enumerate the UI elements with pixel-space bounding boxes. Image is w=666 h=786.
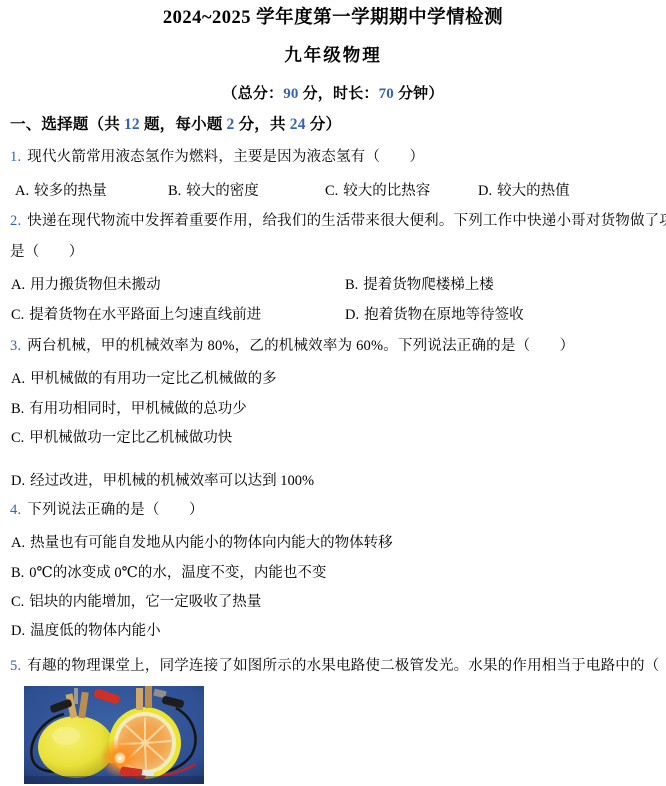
page-subtitle: 九年级物理 (0, 45, 666, 65)
question-2-text: 快递在现代物流中发挥着重要作用，给我们的生活带来很大便利。下列工作中快递小哥对货… (27, 213, 666, 229)
question-3-option-c: C.甲机械做功一定比乙机械做功快 (11, 426, 232, 447)
option-text: 经过改进，甲机械的机械效率可以达到 100% (30, 473, 314, 489)
section-text: 分） (306, 116, 341, 133)
option-text: 较大的比热容 (343, 183, 430, 199)
exam-paper-page: 2024~2025 学年度第一学期期中学情检测 九年级物理 （总分：90 分，时… (0, 0, 666, 786)
fruit-battery-illustration (24, 686, 204, 784)
option-label: A. (15, 183, 29, 199)
section-text: 一、选择题（共 (10, 116, 124, 133)
question-2-option-c: C.提着货物在水平路面上匀速直线前进 (11, 303, 261, 324)
question-count-value: 12 (124, 116, 140, 133)
question-3-option-a: A.甲机械做的有用功一定比乙机械做的多 (11, 367, 277, 388)
question-4-option-c: C.铝块的内能增加，它一定吸收了热量 (11, 590, 261, 611)
option-text: 用力搬货物但未搬动 (30, 277, 161, 293)
option-text: 甲机械做的有用功一定比乙机械做的多 (30, 371, 277, 387)
question-2-option-b: B.提着货物爬楼梯上楼 (345, 273, 494, 294)
option-label: C. (325, 183, 338, 199)
option-text: 提着货物爬楼梯上楼 (363, 277, 494, 293)
question-3: 3.两台机械，甲的机械效率为 80%，乙的机械效率为 60%。下列说法正确的是（… (10, 336, 574, 356)
question-4-text: 下列说法正确的是（ ） (27, 502, 203, 518)
question-5-number: 5. (10, 658, 21, 674)
option-text: 温度低的物体内能小 (30, 623, 161, 639)
question-1-option-c: C.较大的比热容 (325, 179, 430, 200)
question-3-text: 两台机械，甲的机械效率为 80%，乙的机械效率为 60%。下列说法正确的是（ ） (27, 338, 574, 354)
question-1-option-d: D.较大的热值 (478, 179, 570, 200)
question-2-option-a: A.用力搬货物但未搬动 (11, 273, 161, 294)
option-label: B. (168, 183, 181, 199)
meta-text: 分钟） (394, 86, 444, 102)
question-4-option-a: A.热量也有可能自发地从内能小的物体向内能大的物体转移 (11, 531, 393, 552)
page-title: 2024~2025 学年度第一学期期中学情检测 (0, 8, 666, 28)
question-1-option-a: A.较多的热量 (15, 179, 107, 200)
option-text: 铝块的内能增加，它一定吸收了热量 (29, 594, 261, 610)
question-2-number: 2. (10, 213, 21, 229)
option-label: D. (11, 623, 25, 639)
option-label: B. (11, 401, 24, 417)
option-label: D. (478, 183, 492, 199)
option-text: 有用功相同时，甲机械做的总功少 (29, 401, 247, 417)
question-4-option-b: B.0℃的冰变成 0℃的水，温度不变，内能也不变 (11, 561, 326, 582)
meta-text: 分，时长： (299, 86, 379, 102)
question-4-number: 4. (10, 502, 21, 518)
option-text: 较大的热值 (497, 183, 570, 199)
option-text: 较大的密度 (186, 183, 259, 199)
option-label: B. (345, 277, 358, 293)
option-label: A. (11, 535, 25, 551)
option-text: 抱着货物在原地等待签收 (364, 307, 524, 323)
question-2: 2.快递在现代物流中发挥着重要作用，给我们的生活带来很大便利。下列工作中快递小哥… (10, 211, 666, 231)
option-text: 甲机械做功一定比乙机械做功快 (29, 430, 232, 446)
section-text: 分，共 (235, 116, 290, 133)
meta-text: （总分： (222, 86, 283, 102)
option-text: 热量也有可能自发地从内能小的物体向内能大的物体转移 (30, 535, 393, 551)
option-label: A. (11, 371, 25, 387)
question-1: 1.现代火箭常用液态氢作为燃料，主要是因为液态氢有（ ） (10, 147, 424, 167)
option-label: B. (11, 565, 24, 581)
option-label: C. (11, 594, 24, 610)
total-score-value: 90 (283, 86, 298, 102)
question-3-option-b: B.有用功相同时，甲机械做的总功少 (11, 397, 247, 418)
option-text: 较多的热量 (34, 183, 107, 199)
fruit-battery-photo (24, 686, 204, 784)
question-3-number: 3. (10, 338, 21, 354)
question-5: 5.有趣的物理课堂上，同学连接了如图所示的水果电路使二极管发光。水果的作用相当于… (10, 656, 666, 676)
option-label: D. (11, 473, 25, 489)
question-1-number: 1. (10, 149, 21, 165)
option-text: 0℃的冰变成 0℃的水，温度不变，内能也不变 (29, 565, 326, 581)
question-1-text: 现代火箭常用液态氢作为燃料，主要是因为液态氢有（ ） (27, 149, 424, 165)
question-3-option-d: D.经过改进，甲机械的机械效率可以达到 100% (11, 469, 314, 490)
question-1-option-b: B.较大的密度 (168, 179, 259, 200)
option-label: C. (11, 430, 24, 446)
exam-meta: （总分：90 分，时长：70 分钟） (0, 84, 666, 104)
question-4: 4.下列说法正确的是（ ） (10, 500, 204, 520)
option-label: D. (345, 307, 359, 323)
question-2-text-line2: 是（ ） (10, 242, 84, 262)
points-each-value: 2 (227, 116, 235, 133)
option-label: C. (11, 307, 24, 323)
duration-value: 70 (379, 86, 394, 102)
total-points-value: 24 (290, 116, 306, 133)
question-5-text: 有趣的物理课堂上，同学连接了如图所示的水果电路使二极管发光。水果的作用相当于电路… (27, 658, 666, 674)
section-heading: 一、选择题（共 12 题，每小题 2 分，共 24 分） (10, 115, 341, 135)
question-2-option-d: D.抱着货物在原地等待签收 (345, 303, 524, 324)
option-label: A. (11, 277, 25, 293)
option-text: 提着货物在水平路面上匀速直线前进 (29, 307, 261, 323)
section-text: 题，每小题 (140, 116, 227, 133)
question-4-option-d: D.温度低的物体内能小 (11, 619, 161, 640)
